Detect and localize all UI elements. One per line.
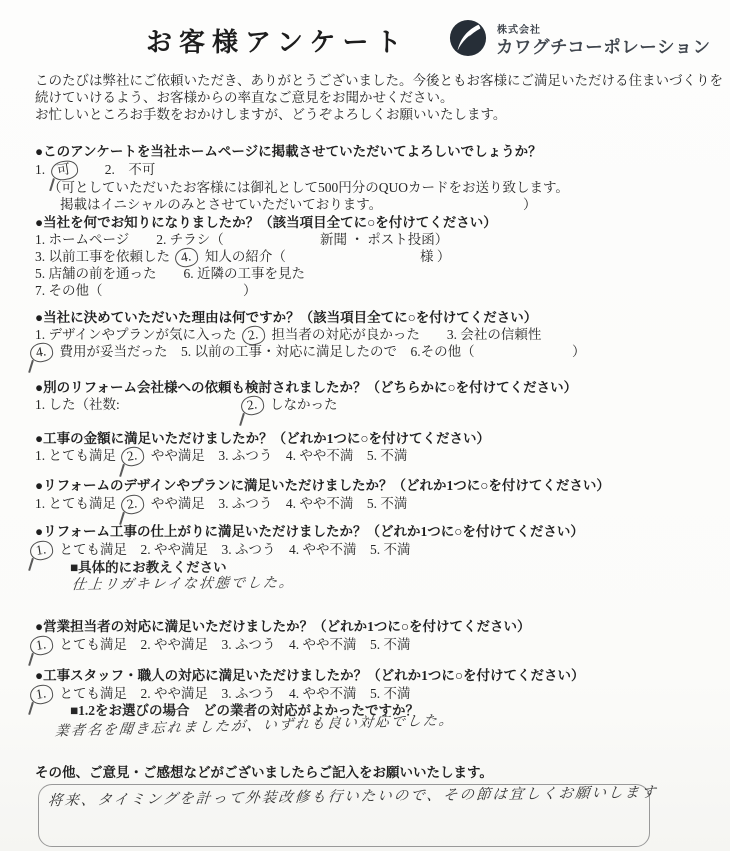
q4-circled-answer: 2. [239,394,265,416]
q8-post: とても満足 2. やや満足 3. ふつう 4. やや不満 5. 不満 [60,637,411,652]
q1-title: ●このアンケートを当社ホームページに掲載させていただいてよろしいでしょうか？ [35,140,542,160]
q8-options: 1. とても満足 2. やや満足 3. ふつう 4. やや不満 5. 不満 [28,633,411,655]
q2-line-4-close: ） [243,279,257,299]
q7-handwritten-note: 仕上リガキレイな状態でした。 [71,572,296,594]
q1-num1: 1. [35,162,45,177]
q1-rest: 2. 不可 [105,162,156,177]
survey-document: お客様アンケート 株式会社 カワグチコーポレーション このたびは弊社にご依頼いた… [0,0,730,851]
q1-note-2: 掲載はイニシャルのみとさせていただいております。 [60,193,382,213]
intro-line-3: お忙しいところお手数をおかけしますが、どうぞよろしくお願いいたします。 [35,106,506,123]
q5-pre: 1. とても満足 [35,448,116,463]
q9-circled-answer: 1. [29,683,55,705]
q7-title: ●リフォーム工事の仕上がりに満足いただけましたか？（どれか1つに○を付けてくださ… [35,520,584,540]
q9-title: ●工事スタッフ・職人の対応に満足いただけましたか？（どれか1つに○を付けてくださ… [35,664,585,684]
q4-post: しなかった [270,397,338,412]
q2-line-2-end: 様 ） [420,245,450,265]
q7-post: とても満足 2. やや満足 3. ふつう 4. やや不満 5. 不満 [60,542,411,557]
intro-line-1: このたびは弊社にご依頼いただき、ありがとうございました。今後ともお客様にご満足い… [35,72,723,89]
comment-prompt: その他、ご意見・ご感想などがございましたらご記入をお願いいたします。 [35,761,493,781]
q5-circled-answer: 2. [120,445,146,467]
q3-line-2-close: ） [572,340,586,360]
q3-circled-answer-4: 4. [29,341,55,363]
company-logo-icon [449,19,487,57]
q6-title: ●リフォームのデザインやプランに満足いただけましたか？（どれか1つに○を付けてく… [35,474,610,494]
q8-circled-answer: 1. [29,634,55,656]
q6-options: 1. とても満足 2. やや満足 3. ふつう 4. やや不満 5. 不満 [35,492,407,514]
q6-post: やや満足 3. ふつう 4. やや不満 5. 不満 [151,496,408,511]
q3-line2-post: 費用が妥当だった 5. 以前の工事・対応に満足したので 6.その他（ [60,344,475,359]
q1-note-close: ） [523,193,537,213]
intro-line-2: 続けていけるよう、お客様からの率直なご意見をお聞かせください。 [35,89,454,106]
q3-line-2: 4. 費用が妥当だった 5. 以前の工事・対応に満足したので 6.その他（ [28,340,475,362]
q5-options: 1. とても満足 2. やや満足 3. ふつう 4. やや不満 5. 不満 [35,444,407,466]
q4-options: 1. した（社数: 2. しなかった [35,393,338,415]
q6-pre: 1. とても満足 [35,496,116,511]
q2-line-4: 7. その他（ [35,279,103,299]
q5-post: やや満足 3. ふつう 4. やや不満 5. 不満 [151,448,408,463]
q7-circled-answer: 1. [29,539,55,561]
page-title: お客様アンケート [146,22,408,59]
q6-circled-answer: 2. [120,493,146,515]
q8-title: ●営業担当者の対応に満足いただけましたか？（どれか1つに○を付けてください） [35,615,531,635]
company-name: カワグチコーポレーション [496,34,711,59]
q4-pre: 1. した（社数: [35,397,120,412]
